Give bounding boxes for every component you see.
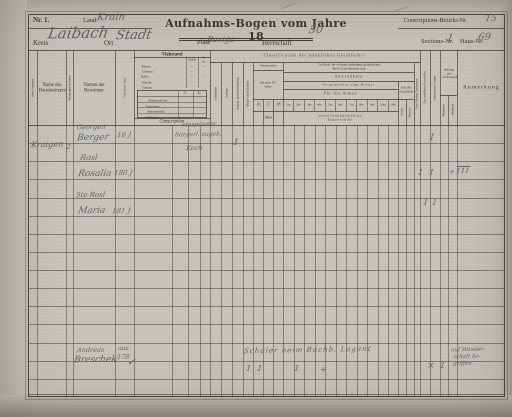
nachwuchs-year: 17	[263, 99, 273, 111]
klasse-header: 9te	[367, 99, 378, 111]
subbox-unit-fl: fl.	[178, 91, 192, 96]
class-col-header: Geistliche	[210, 62, 221, 125]
class-col-header: Bürger und Künstler	[243, 62, 253, 125]
prev-aufnahme-line: Zu Ende der vorigen Aufnahme gehörig mit…	[284, 62, 414, 72]
grid-vline	[273, 125, 274, 397]
hw-resident: Rosalia	[77, 170, 112, 180]
viehstand-row: Pferde	[142, 65, 151, 69]
hw-note: Koch	[185, 145, 203, 152]
viehstand-dash: —	[190, 65, 194, 69]
grid-vline	[294, 125, 295, 397]
hw-resident: Rosl	[79, 154, 98, 162]
subbox-unit-kr: kr.	[193, 91, 207, 96]
anmerkung-header: Anmerkung	[457, 50, 505, 125]
klasse-header: 7te	[346, 99, 357, 111]
col-owner-header: Name des Hausbesitzers	[38, 68, 65, 108]
grid-vline	[172, 125, 173, 397]
grid-vline	[283, 125, 284, 397]
nachwuchs-year: 16	[253, 99, 263, 111]
viehstand-row: Kühe	[141, 75, 149, 79]
viehstand-dash: —	[203, 75, 207, 79]
betrag-weiblich-header: Weiblich	[448, 95, 457, 125]
hw-tally: +	[319, 366, 327, 374]
grid-vline	[210, 125, 211, 397]
hw-land: Krain	[96, 13, 126, 23]
grid-vline	[232, 125, 233, 397]
hw-birthyear: aus	[118, 346, 130, 352]
grid-vline	[448, 125, 449, 397]
hw-resident: Breschek	[73, 356, 117, 366]
hw-resident: Maria	[77, 207, 106, 216]
hw-remark: schaft be-	[453, 355, 481, 361]
klasse-header: 6te	[336, 99, 347, 111]
viehstand-dash: —	[190, 80, 194, 84]
col-wohnung-header: Wohnungs-Nummer	[66, 50, 73, 125]
grid-hline	[28, 306, 505, 307]
landwehr-sub-header: Ersatz	[398, 99, 406, 125]
hw-resident: Berger	[76, 134, 109, 144]
hw-resident: Georgen	[76, 124, 105, 131]
col-hausnummer-header: Haus-Nummer	[28, 50, 37, 125]
grid-vline	[357, 125, 358, 397]
subbox-row: Bienenstöcke	[148, 99, 167, 103]
klasse-header: 10te	[378, 99, 389, 111]
grid-vline	[367, 125, 368, 397]
grid-vline	[398, 125, 399, 397]
grid-vline	[263, 125, 264, 397]
conscription-label: Conscriptions-Bezirks-Nr.	[404, 18, 467, 24]
anwendbare-label: Anwendbare	[283, 72, 414, 81]
scanned-census-form: Nr. 1. Land Conscriptions-Bezirks-Nr. Au…	[0, 0, 512, 417]
viehstand-row: Ochsen	[142, 70, 153, 74]
klasse-header: 8te	[357, 99, 368, 111]
grid-vline	[66, 125, 67, 397]
col-bewohner-header: Namen der Bewohner	[74, 68, 114, 108]
hw-platz: Baviga	[206, 36, 235, 44]
grid-vline	[420, 125, 421, 397]
viehstand-dash: —	[190, 70, 194, 74]
hw-bezirk: 15	[484, 15, 497, 24]
scan-edge-left	[0, 0, 27, 417]
grid-hline	[253, 70, 283, 71]
grid-hline	[28, 161, 505, 162]
viehstand-row: Schafe	[142, 80, 152, 84]
nachwuchs-year: 18	[273, 99, 283, 111]
grid-hline	[28, 143, 505, 144]
viehstand-row: Ziegen	[142, 86, 152, 90]
grid-hline	[137, 96, 207, 97]
klasse-header: 4te	[315, 99, 326, 111]
grid-hline	[28, 179, 505, 180]
grid-vline	[406, 125, 407, 397]
grid-vline	[221, 125, 222, 397]
hw-birthyear: 16 J	[116, 132, 131, 139]
grid-vline	[336, 125, 337, 397]
betrag-box-title: Betrag per Überschuß	[440, 55, 457, 93]
viehstand-unit-stueck: Stück	[185, 58, 198, 63]
eigenschaft-label: bezeichnungsmäßige Eigenschaft	[283, 111, 398, 125]
viehstand-title: Viehstand	[134, 51, 210, 57]
grid-vline	[253, 125, 254, 397]
classification-title: Classification des männlichen Geschlecht…	[210, 50, 420, 62]
weiblich-col-header: Das weibliche Geschlecht	[420, 50, 430, 125]
grid-vline	[430, 125, 431, 397]
hw-haus: 69	[477, 33, 491, 43]
grid-hline	[28, 288, 505, 289]
class-col-header: Adelige	[221, 62, 232, 125]
hw-kreis: Laibach	[47, 25, 110, 41]
nachwuchs-title: Nachwuchs	[253, 62, 283, 70]
grid-hline	[28, 252, 505, 253]
vorgemerkte-label: Vorgemerkte zum Dienst	[283, 81, 414, 89]
betrag-maennlich-header: Männlich	[440, 95, 448, 125]
subbox-row: Schweine	[146, 104, 160, 108]
herrschaft-label: Herrschaft	[262, 40, 292, 47]
col-geburtsjahr-header: Geburts-Jahr	[115, 50, 134, 125]
hw-checkmark: ✓	[126, 358, 136, 368]
viehstand-unit-geld: fl. kr.	[198, 58, 210, 63]
klasse-header: 5te	[325, 99, 336, 111]
hw-resident: Andreas	[76, 347, 104, 354]
grid-vline	[388, 125, 389, 397]
grid-hline	[28, 270, 505, 271]
grid-vline	[414, 125, 415, 397]
grid-hline	[28, 343, 505, 344]
grid-vline	[378, 125, 379, 397]
landwehr-sub-header: Reserve	[406, 99, 414, 125]
grid-vline	[325, 125, 326, 397]
viehstand-dash: —	[190, 75, 194, 79]
grid-hline	[28, 234, 505, 235]
klasse-header: 2te	[294, 99, 305, 111]
klasse-header: 1te	[283, 99, 294, 111]
hw-year: 30	[308, 24, 324, 35]
grid-vline	[188, 125, 189, 397]
form-number: Nr. 1.	[33, 17, 49, 24]
hw-tally: ×	[426, 362, 435, 371]
grid-hline	[28, 394, 505, 395]
hw-note: bürgerl. zugeh.	[174, 132, 222, 139]
grid-vline	[304, 125, 305, 397]
nachwuchs-top: bis zum 14. Jahre	[254, 72, 282, 97]
grid-vline	[134, 50, 135, 125]
grid-vline	[346, 125, 347, 397]
hw-resident: 5te Rosl	[75, 192, 105, 200]
subbox-row: Borstenvieh	[147, 110, 164, 114]
klasse-header: 13te	[388, 99, 398, 111]
hw-birthyear: 180 J	[113, 170, 133, 177]
grid-hline	[28, 324, 505, 325]
grid-vline	[243, 125, 244, 397]
grid-vline	[37, 125, 38, 397]
grid-vline	[200, 125, 201, 397]
hw-birthyear: 181 J	[111, 208, 131, 215]
hw-owner: Kraigen	[30, 141, 64, 150]
nachwuchs-unit: Jahre	[253, 111, 283, 125]
hw-note: 111	[455, 168, 470, 175]
grid-vline	[440, 125, 441, 397]
hw-remark: griffen	[453, 362, 473, 368]
viehstand-dash: —	[203, 65, 207, 69]
landwehr-label: Für die Landwehr	[398, 81, 414, 99]
armee-label: Für die Armee	[283, 89, 398, 99]
hw-note: einspänner	[181, 122, 216, 129]
hw-ort: Stadt	[115, 29, 153, 43]
grid-hline	[28, 379, 505, 380]
grid-vline	[315, 125, 316, 397]
klasse-header: 3te	[304, 99, 315, 111]
fremde-col-header: Anwesende Fremde	[430, 50, 440, 125]
class-col-header: Beamte und Honoratioren	[232, 62, 243, 125]
